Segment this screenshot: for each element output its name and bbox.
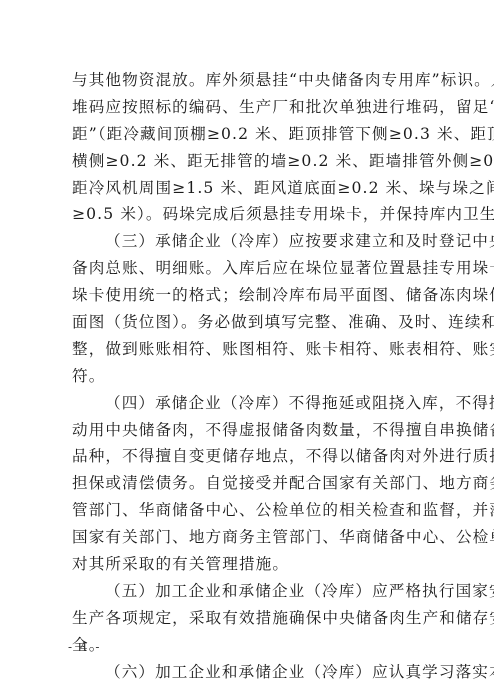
text-line: 面图（货位图）。务必做到填写完整、准确、及时、连续和完 bbox=[72, 309, 424, 336]
text-line: 备肉总账、明细账。入库后应在垛位显著位置悬挂专用垛卡， bbox=[72, 255, 424, 282]
document-page: 与其他物资混放。库外须悬挂“中央储备肉专用库”标识。入库 堆码应按照标的编码、生… bbox=[0, 0, 494, 700]
text-line: 与其他物资混放。库外须悬挂“中央储备肉专用库”标识。入库 bbox=[72, 67, 424, 94]
text-line: 距冷风机周围≥1.5 米、距风道底面≥0.2 米、垛与垛之间距离 bbox=[72, 175, 424, 202]
text-line: 动用中央储备肉，不得虚报储备肉数量，不得擅自串换储备肉 bbox=[72, 417, 424, 444]
text-line: 横侧≥0.2 米、距无排管的墙≥0.2 米、距墙排管外侧≥0.4 米、 bbox=[72, 148, 424, 175]
section-6-heading-line: （六）加工企业和承储企业（冷库）应认真学习落实本次 bbox=[72, 659, 424, 686]
section-3-heading-line: （三）承储企业（冷库）应按要求建立和及时登记中央储 bbox=[72, 228, 424, 255]
text-line: 符。 bbox=[72, 363, 424, 390]
text-line: 距”（距冷藏间顶棚≥0.2 米、距顶排管下侧≥0.3 米、距顶排管 bbox=[72, 121, 424, 148]
section-5-heading-line: （五）加工企业和承储企业（冷库）应严格执行国家安全 bbox=[72, 578, 424, 605]
page-number: - 4 - bbox=[68, 640, 101, 654]
text-line: 担保或清偿债务。自觉接受并配合国家有关部门、地方商务主 bbox=[72, 470, 424, 497]
text-line: ≥0.5 米）。码垛完成后须悬挂专用垛卡，并保持库内卫生整洁。 bbox=[72, 201, 424, 228]
text-line: 生产各项规定，采取有效措施确保中央储备肉生产和储存安 bbox=[72, 605, 424, 632]
text-line: 垛卡使用统一的格式；绘制冷库布局平面图、储备冻肉垛位平 bbox=[72, 282, 424, 309]
text-line: 国家有关部门、地方商务主管部门、华商储备中心、公检单位 bbox=[72, 524, 424, 551]
text-line: 对其所采取的有关管理措施。 bbox=[72, 551, 424, 578]
text-line: 品种，不得擅自变更储存地点，不得以储备肉对外进行质押、 bbox=[72, 443, 424, 470]
text-line: 堆码应按照标的编码、生产厂和批次单独进行堆码，留足“八 bbox=[72, 94, 424, 121]
body-text: 与其他物资混放。库外须悬挂“中央储备肉专用库”标识。入库 堆码应按照标的编码、生… bbox=[72, 67, 424, 685]
text-line: 管部门、华商储备中心、公检单位的相关检查和监督，并落实 bbox=[72, 497, 424, 524]
text-line: 全。 bbox=[72, 632, 424, 659]
text-line: 整，做到账账相符、账图相符、账卡相符、账表相符、账实相 bbox=[72, 336, 424, 363]
section-4-heading-line: （四）承储企业（冷库）不得拖延或阻挠入库，不得擅自 bbox=[72, 390, 424, 417]
